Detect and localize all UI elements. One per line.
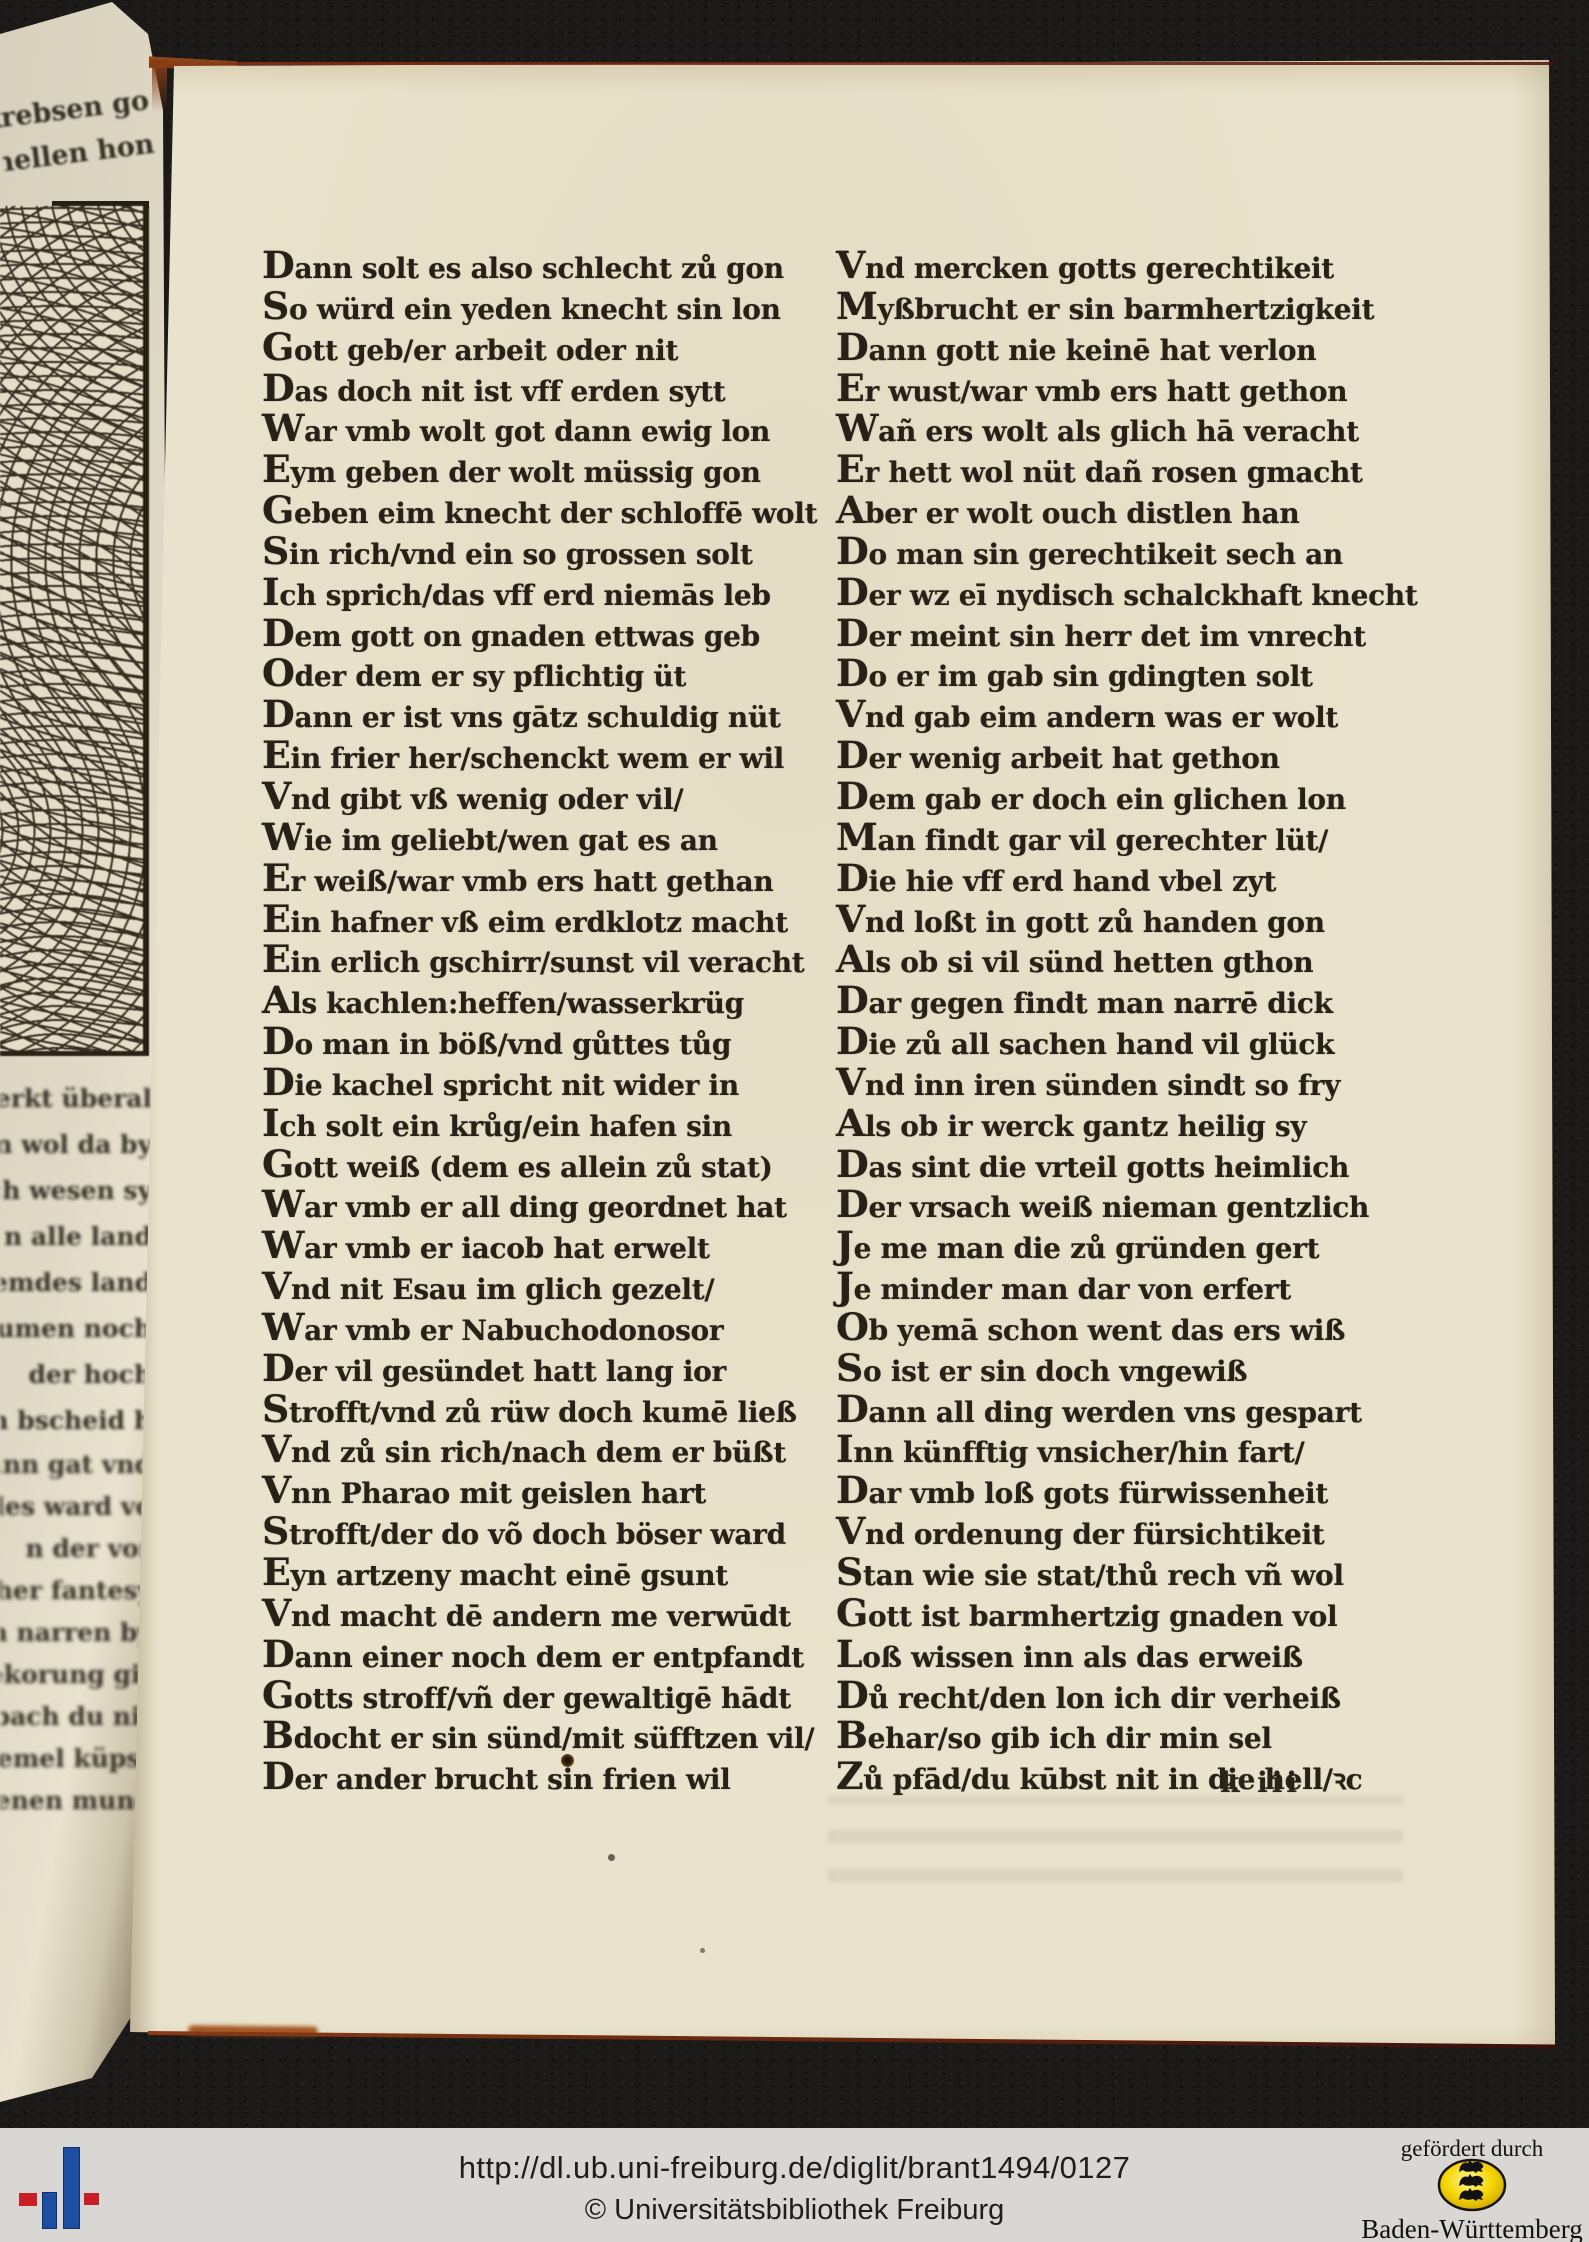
verse-line: Vnd inn iren sünden sindt so fry [836, 1060, 1456, 1101]
text-fragment-line: man wol da by [0, 1122, 152, 1168]
text-fragment-line: ch von narren by [0, 1612, 152, 1654]
verse-line: Ein frier her/schenckt wem er wil [262, 733, 882, 774]
verse-line: Gotts stroff/vñ der gewaltigē hādt [262, 1673, 882, 1714]
verse-line: Dů recht/den lon ich dir verheiß [836, 1673, 1456, 1714]
verse-line: Dann solt es also schlecht zů gon [262, 243, 882, 284]
verse-line: Inn künfftig vnsicher/hin fart/ [836, 1427, 1456, 1468]
verse-line: War vmb er Nabuchodonosor [262, 1305, 882, 1346]
verse-line: Do man in böß/vnd gůttes tůg [262, 1019, 882, 1060]
quire-signature-mark: k iii [1220, 1766, 1301, 1799]
text-fragment-line: genen mund [0, 1780, 152, 1822]
verse-line: Der vil gesündet hatt lang ior [262, 1346, 882, 1387]
verse-line: Je me man die zů gründen gert [836, 1223, 1456, 1264]
verse-line: War vmb er all ding geordnet hat [262, 1182, 882, 1223]
verse-line: Vnd macht dē andern me verwūdt [262, 1591, 882, 1632]
verse-line: Dann einer noch dem er entpfandt [262, 1632, 882, 1673]
verse-line: Er weiß/war vmb ers hatt gethan [262, 856, 882, 897]
copyright-notice: © Universitätsbibliothek Freiburg [0, 2194, 1589, 2227]
text-fragment-line: em fremdes land [0, 1260, 152, 1306]
verse-line: Geben eim knecht der schloffē wolt [262, 488, 882, 529]
facing-page-text-fragment-bottom: dann gat vndalles ward von der voreher f… [0, 1444, 152, 1822]
verse-line: Vnd ordenung der fürsichtikeit [836, 1509, 1456, 1550]
text-fragment-line: n der vor [0, 1528, 152, 1570]
verse-line: Sin rich/vnd ein so grossen solt [262, 529, 882, 570]
funding-region-label: Baden-Württemberg [1358, 2214, 1586, 2242]
text-fragment-line: wie kumen noch [0, 1306, 152, 1352]
verse-line: Ein hafner vß eim erdklotz macht [262, 897, 882, 938]
verse-line: Vnn Pharao mit geislen hart [262, 1468, 882, 1509]
verse-line: Vnd loßt in gott zů handen gon [836, 897, 1456, 938]
verse-line: Das doch nit ist vff erden sytt [262, 366, 882, 407]
verse-line: Do man sin gerechtikeit sech an [836, 529, 1456, 570]
verse-line: Er wust/war vmb ers hatt gethon [836, 366, 1456, 407]
verse-line: Oder dem er sy pflichtig üt [262, 651, 882, 692]
verse-line: Man findt gar vil gerechter lüt/ [836, 815, 1456, 856]
ink-show-through-ghost [828, 1796, 1403, 1882]
verse-line: So ist er sin doch vngewiß [836, 1346, 1456, 1387]
verse-line: Dann gott nie keinē hat verlon [836, 325, 1456, 366]
logo-bar-red-left-icon [19, 2193, 37, 2206]
text-fragment-line: alles ward vo [0, 1486, 152, 1528]
scanned-book-page: Dann solt es also schlecht zů gonSo würd… [128, 60, 1558, 2054]
text-fragment-line: vñ bach du nit [0, 1696, 152, 1738]
verse-line: Dar vmb loß gots fürwissenheit [836, 1468, 1456, 1509]
funding-attribution: gefördert durch Baden-Württemberg [1372, 2128, 1572, 2242]
verse-line: Der wz eī nydisch schalckhaft knecht [836, 570, 1456, 611]
screenshot-root: it vff krebsen gonen schellen hon h ster… [0, 0, 1589, 2242]
verse-line: Dann er ist vns gātz schuldig nüt [262, 692, 882, 733]
verse-line: Loß wissen inn als das erweiß [836, 1632, 1456, 1673]
facing-page-text-fragment-top: it vff krebsen gonen schellen hon [0, 79, 157, 185]
text-fragment-line: eher fantesy [0, 1570, 152, 1612]
facing-page-text-fragment-middle: h sterkt überalman wol da byblich wesen … [0, 1076, 152, 1444]
verse-line: Aber er wolt ouch distlen han [836, 488, 1456, 529]
verse-column-right: Vnd mercken gotts gerechtikeitMyßbrucht … [836, 243, 1456, 1795]
text-fragment-line: dann gat vnd [0, 1444, 152, 1486]
verse-line: So würd ein yeden knecht sin lon [262, 284, 882, 325]
verse-line: Wie im geliebt/wen gat es an [262, 815, 882, 856]
verse-line: War vmb er iacob hat erwelt [262, 1223, 882, 1264]
verse-line: Dem gott on gnaden ettwas geb [262, 611, 882, 652]
verse-line: Als ob ir werck gantz heilig sy [836, 1101, 1456, 1142]
page-top-red-edge [228, 62, 1554, 65]
wormhole-spot [561, 1754, 574, 1767]
verse-line: Dann all ding werden vns gespart [836, 1387, 1456, 1428]
logo-bar-blue-tall-icon [63, 2147, 80, 2229]
verse-line: War vmb wolt got dann ewig lon [262, 406, 882, 447]
verse-line: Do er im gab sin gdingten solt [836, 651, 1456, 692]
verse-line: Ich sprich/das vff erd niemās leb [262, 570, 882, 611]
text-fragment-line: von hiemel küpst [0, 1738, 152, 1780]
verse-line: Gott geb/er arbeit oder nit [262, 325, 882, 366]
verse-line: Behar/so gib ich dir min sel [836, 1713, 1456, 1754]
verse-line: Die hie vff erd hand vbel zyt [836, 856, 1456, 897]
verse-line: Dar gegen findt man narrē dick [836, 978, 1456, 1019]
verse-line: Dem gab er doch ein glichen lon [836, 774, 1456, 815]
book-gutter-edge [152, 60, 167, 112]
verse-line: Gott weiß (dem es allein zů stat) [262, 1142, 882, 1183]
verse-line: Ob yemā schon went das ers wiß [836, 1305, 1456, 1346]
verse-line: Strofft/der do võ doch böser ward [262, 1509, 882, 1550]
verse-line: Das sint die vrteil gotts heimlich [836, 1142, 1456, 1183]
logo-bar-red-right-icon [84, 2193, 99, 2205]
verse-line: Strofft/vnd zů rüw doch kumē ließ [262, 1387, 882, 1428]
verse-line: Vnd zů sin rich/nach dem er büßt [262, 1427, 882, 1468]
verse-line: Stan wie sie stat/thů rech vñ wol [836, 1550, 1456, 1591]
text-fragment-line: y von bscheid h [0, 1398, 152, 1444]
verse-line: Bdocht er sin sünd/mit süfftzen vil/ [262, 1713, 882, 1754]
text-fragment-line: n alle land [0, 1214, 152, 1260]
logo-bar-blue-short-icon [42, 2192, 57, 2229]
document-url: http://dl.ub.uni-freiburg.de/diglit/bran… [0, 2150, 1589, 2186]
verse-line: Wañ ers wolt als glich hā veracht [836, 406, 1456, 447]
verse-line: Ich solt ein krůg/ein hafen sin [262, 1101, 882, 1142]
text-fragment-line: der hoch [0, 1352, 152, 1398]
verse-line: Der vrsach weiß nieman gentzlich [836, 1182, 1456, 1223]
verse-line: Vnd nit Esau im glich gezelt/ [262, 1264, 882, 1305]
viewer-footer-bar: http://dl.ub.uni-freiburg.de/diglit/bran… [0, 2128, 1589, 2242]
verse-line: Die zů all sachen hand vil glück [836, 1019, 1456, 1060]
verse-line: Vnd gab eim andern was er wolt [836, 692, 1456, 733]
verse-line: Der wenig arbeit hat gethon [836, 733, 1456, 774]
text-fragment-line: blich wesen sy [0, 1168, 152, 1214]
verse-line: Vnd gibt vß wenig oder vil/ [262, 774, 882, 815]
verse-line: Je minder man dar von erfert [836, 1264, 1456, 1305]
verse-line: Als kachlen:heffen/wasserkrüg [262, 978, 882, 1019]
text-fragment-line: h sterkt überal [0, 1076, 152, 1122]
verse-line: Ein erlich gschirr/sunst vil veracht [262, 937, 882, 978]
paper-speck [700, 1948, 705, 1953]
woodcut-illustration-fragment [0, 206, 149, 1056]
verse-line: Die kachel spricht nit wider in [262, 1060, 882, 1101]
verse-line: Eym geben der wolt müssig gon [262, 447, 882, 488]
text-fragment-line: bekorung git [0, 1654, 152, 1696]
verse-column-left: Dann solt es also schlecht zů gonSo würd… [262, 243, 882, 1795]
verse-line: Myßbrucht er sin barmhertzigkeit [836, 284, 1456, 325]
verse-line: Gott ist barmhertzig gnaden vol [836, 1591, 1456, 1632]
verse-line: Der meint sin herr det im vnrecht [836, 611, 1456, 652]
verse-line: Zů pfād/du kūbst nit in die hell/ꝛc [836, 1754, 1456, 1795]
verse-line: Als ob si vil sünd hetten gthon [836, 937, 1456, 978]
verse-line: Vnd mercken gotts gerechtikeit [836, 243, 1456, 284]
verse-line: Er hett wol nüt dañ rosen gmacht [836, 447, 1456, 488]
verse-line: Eyn artzeny macht einē gsunt [262, 1550, 882, 1591]
paper-speck [608, 1854, 615, 1861]
baden-wuerttemberg-coat-of-arms-icon [1434, 2157, 1510, 2213]
